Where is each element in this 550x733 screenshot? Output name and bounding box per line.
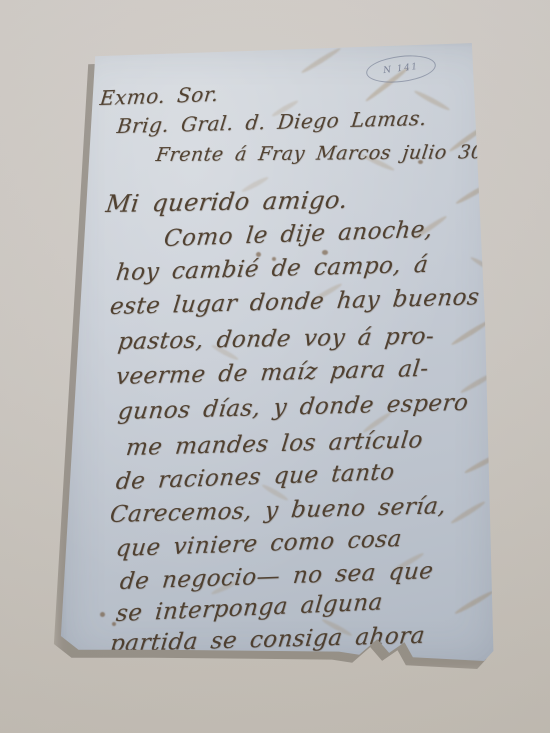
foxing-stain	[450, 318, 492, 347]
archive-stamp-number: N 141	[383, 62, 419, 76]
handwritten-line: veerme de maíz para al-	[115, 356, 431, 390]
handwritten-line: se interponga alguna	[115, 589, 384, 627]
letter-paper: N 141 Exmo. Sor. Brig. Gral. d. Diego La…	[60, 40, 500, 666]
handwritten-line: Mi querido amigo.	[104, 186, 349, 218]
handwritten-line: hoy cambié de campo, á	[115, 252, 430, 286]
handwritten-line: Como le dije anoche,	[163, 217, 434, 252]
handwritten-line: pastos, donde voy á pro-	[116, 323, 435, 355]
foxing-stain	[450, 500, 487, 525]
foxing-stain	[463, 450, 504, 475]
handwritten-line: que viniere como cosa	[115, 526, 404, 562]
handwritten-line: gunos días, y donde espero	[117, 390, 470, 425]
handwritten-line: de negocio— no sea que	[119, 558, 435, 595]
foxing-stain	[455, 179, 496, 205]
archive-stamp: N 141	[365, 52, 438, 86]
foxing-stain	[454, 589, 495, 615]
handwritten-line: de raciones que tanto	[115, 459, 396, 495]
foxing-stain	[300, 46, 342, 75]
handwritten-line: Brig. Gral. d. Diego Lamas.	[116, 106, 429, 138]
foxing-stain	[469, 255, 506, 279]
handwritten-line: Frente á Fray Marcos julio 30/46	[155, 141, 518, 166]
handwritten-line: Carecemos, y bueno sería,	[109, 493, 448, 528]
handwritten-line: Exmo. Sor.	[99, 82, 220, 110]
letter-photo: N 141 Exmo. Sor. Brig. Gral. d. Diego La…	[0, 0, 550, 733]
ink-speck	[100, 612, 105, 617]
handwritten-line: me mandes los artículo	[125, 427, 425, 461]
handwritten-line: este lugar donde hay buenos	[109, 284, 481, 320]
